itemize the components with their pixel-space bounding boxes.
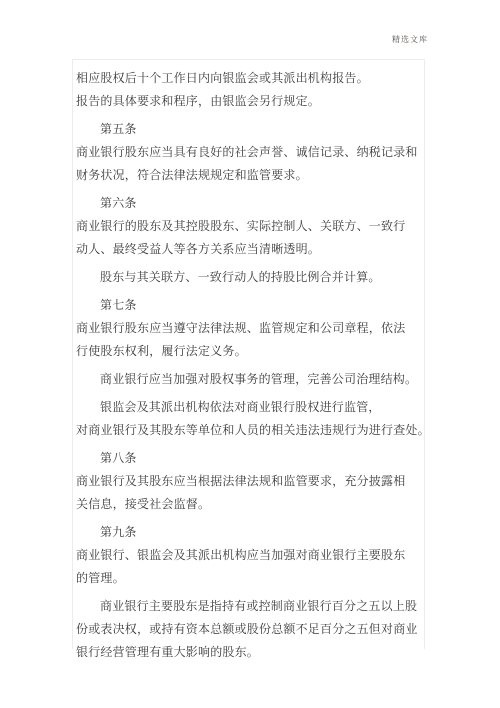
paragraph: 第七条商业银行股东应当遵守法律法规、监管规定和公司章程，依法行使股东权利，履行法… [76,294,418,363]
text-line: 商业银行股东应当遵守法律法规、监管规定和公司章程，依法 [76,317,418,340]
text-line: 份或表决权，或持有资本总额或股份总额不足百分之五但对商业 [76,618,418,641]
header-watermark-label: 精选文库 [392,34,428,45]
text-line: 银行经营管理有重大影响的股东。 [76,641,418,664]
text-line: 商业银行的股东及其控股股东、实际控制人、关联方、一致行 [76,215,418,238]
paragraph: 商业银行主要股东是指持有或控制商业银行百分之五以上股份或表决权，或持有资本总额或… [76,595,418,664]
text-line: 银监会及其派出机构依法对商业银行股权进行监管， [76,396,418,419]
text-line: 对商业银行及其股东等单位和人员的相关违法违规行为进行查处。 [76,419,418,442]
text-line: 第七条 [76,294,418,317]
paragraph: 商业银行应当加强对股权事务的管理，完善公司治理结构。 [76,368,418,391]
paragraph: 银监会及其派出机构依法对商业银行股权进行监管，对商业银行及其股东等单位和人员的相… [76,396,418,442]
text-line: 商业银行股东应当具有良好的社会声誉、诚信记录、纳税记录和 [76,141,418,164]
text-line: 报告的具体要求和程序，由银监会另行规定。 [76,90,418,113]
paragraph: 第五条商业银行股东应当具有良好的社会声誉、诚信记录、纳税记录和财务状况，符合法律… [76,118,418,187]
paragraph: 第六条商业银行的股东及其控股股东、实际控制人、关联方、一致行动人、最终受益人等各… [76,192,418,261]
text-line: 商业银行、银监会及其派出机构应当加强对商业银行主要股东 [76,544,418,567]
paragraph: 第八条商业银行及其股东应当根据法律法规和监管要求，充分披露相关信息，接受社会监督… [76,447,418,516]
text-line: 第九条 [76,521,418,544]
text-line: 股东与其关联方、一致行动人的持股比例合并计算。 [76,266,418,289]
document-page-content: 相应股权后十个工作日内向银监会或其派出机构报告。报告的具体要求和程序，由银监会另… [72,59,425,649]
text-line: 商业银行主要股东是指持有或控制商业银行百分之五以上股 [76,595,418,618]
paragraph: 相应股权后十个工作日内向银监会或其派出机构报告。报告的具体要求和程序，由银监会另… [76,67,418,113]
text-line: 商业银行应当加强对股权事务的管理，完善公司治理结构。 [76,368,418,391]
paragraph: 股东与其关联方、一致行动人的持股比例合并计算。 [76,266,418,289]
text-line: 关信息，接受社会监督。 [76,493,418,516]
text-line: 动人、最终受益人等各方关系应当清晰透明。 [76,238,418,261]
document-paragraphs-container: 相应股权后十个工作日内向银监会或其派出机构报告。报告的具体要求和程序，由银监会另… [76,67,418,664]
text-line: 第六条 [76,192,418,215]
text-line: 的管理。 [76,567,418,590]
text-line: 商业银行及其股东应当根据法律法规和监管要求，充分披露相 [76,470,418,493]
text-line: 财务状况，符合法律法规规定和监管要求。 [76,164,418,187]
paragraph: 第九条商业银行、银监会及其派出机构应当加强对商业银行主要股东的管理。 [76,521,418,590]
text-line: 第五条 [76,118,418,141]
text-line: 行使股东权利，履行法定义务。 [76,340,418,363]
text-line: 相应股权后十个工作日内向银监会或其派出机构报告。 [76,67,418,90]
text-line: 第八条 [76,447,418,470]
